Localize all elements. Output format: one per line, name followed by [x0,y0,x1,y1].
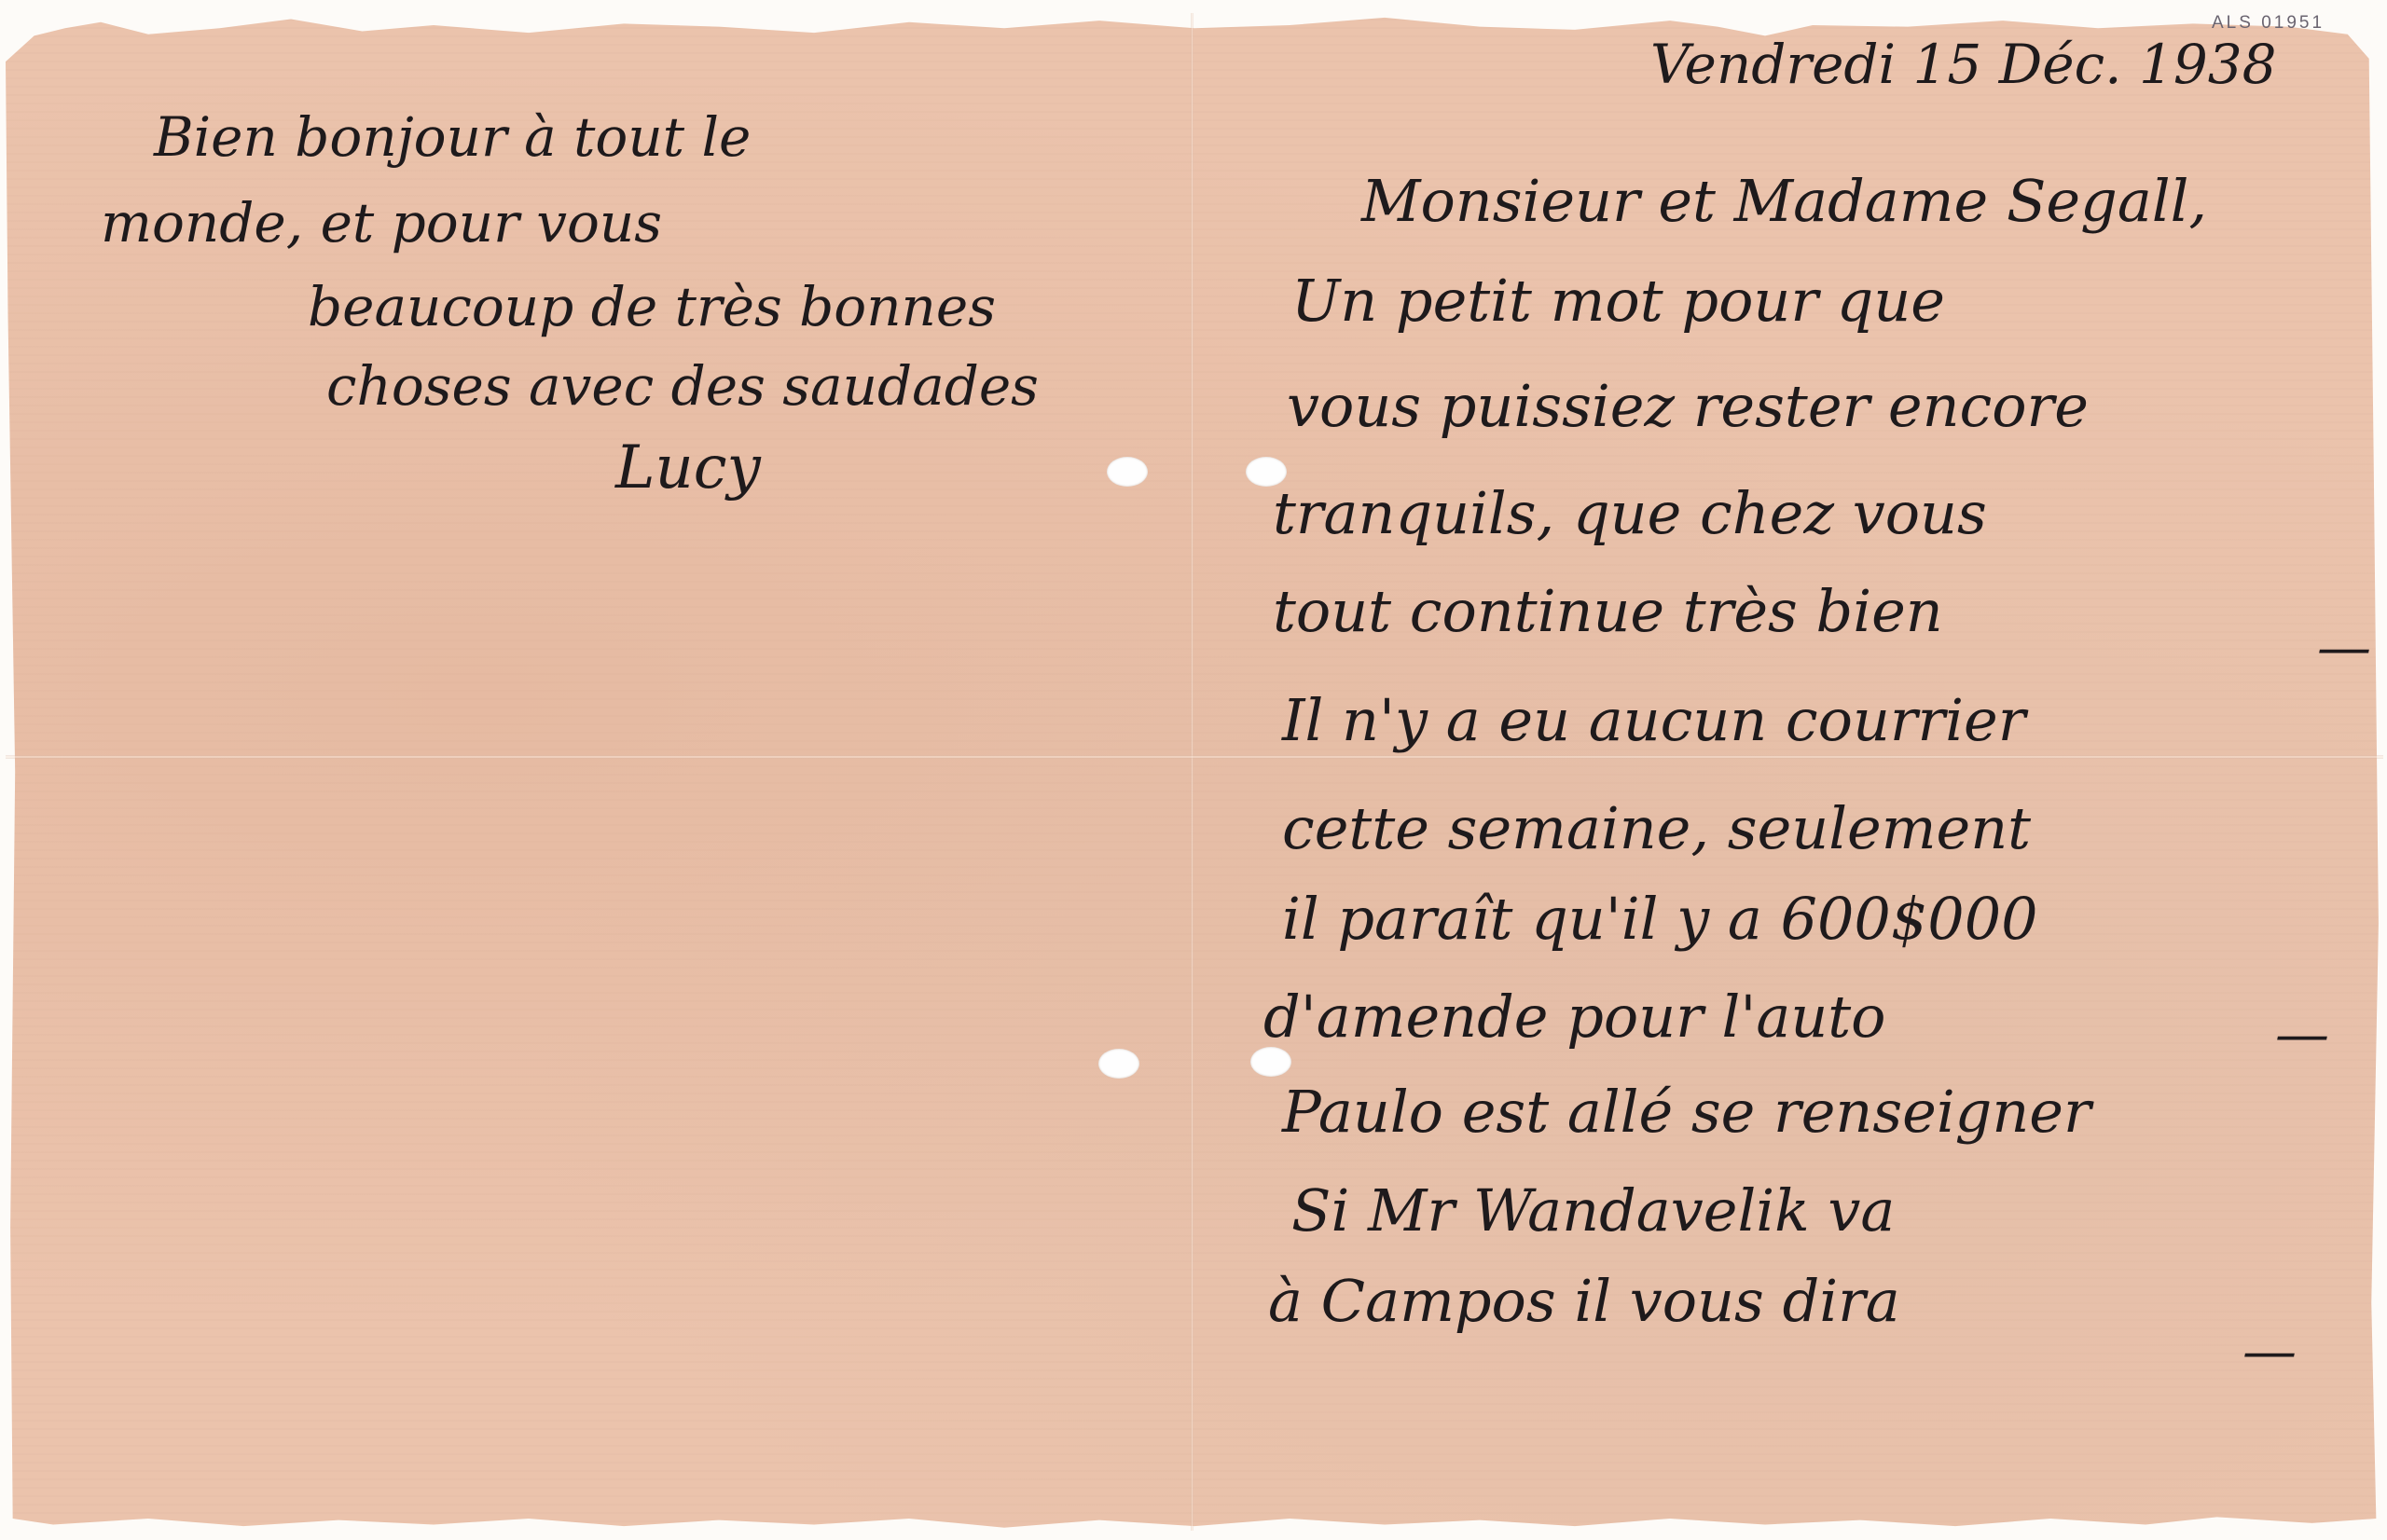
body-line-10: Si Mr Wandavelik va [1291,1182,1895,1240]
line-end-dash-1: — [2317,620,2371,674]
line-end-dash-3: — [2242,1324,2297,1378]
punch-hole-left-lower [1098,1049,1139,1079]
body-line-2: vous puissiez rester encore [1287,378,2089,435]
body-line-8: d'amende pour l'auto [1263,988,1886,1046]
salutation: Monsieur et Madame Segall, [1361,172,2207,230]
body-line-11: à Campos il vous dira [1268,1272,1900,1330]
punch-hole-right-lower [1250,1047,1291,1077]
archive-id-stamp: ALS 01951 [2212,13,2325,34]
body-line-4: tout continue très bien [1273,583,1943,640]
letter-date: Vendredi 15 Déc. 1938 [1650,37,2277,91]
left-line-4: choses avec des saudades [326,359,1039,413]
punch-hole-left-upper [1107,457,1148,487]
left-line-3: beaucoup de très bonnes [308,280,996,334]
signature: Lucy [615,438,761,498]
body-line-9: Paulo est allé se renseigner [1282,1083,2091,1141]
left-line-2: monde, et pour vous [101,196,662,250]
letter-scan: ALS 01951 Bien bonjour à tout le monde, … [0,0,2387,1540]
left-line-1: Bien bonjour à tout le [154,110,751,164]
vertical-fold-crease [1191,13,1193,1531]
line-end-dash-2: — [2275,1007,2329,1061]
body-line-5: Il n'y a eu aucun courrier [1282,692,2025,749]
body-line-1: Un petit mot pour que [1291,272,1945,330]
body-line-6: cette semaine, seulement [1282,800,2031,858]
horizontal-fold-crease [6,755,2383,759]
body-line-7: il paraît qu'il y a 600$000 [1282,890,2038,948]
body-line-3: tranquils, que chez vous [1273,485,1987,543]
